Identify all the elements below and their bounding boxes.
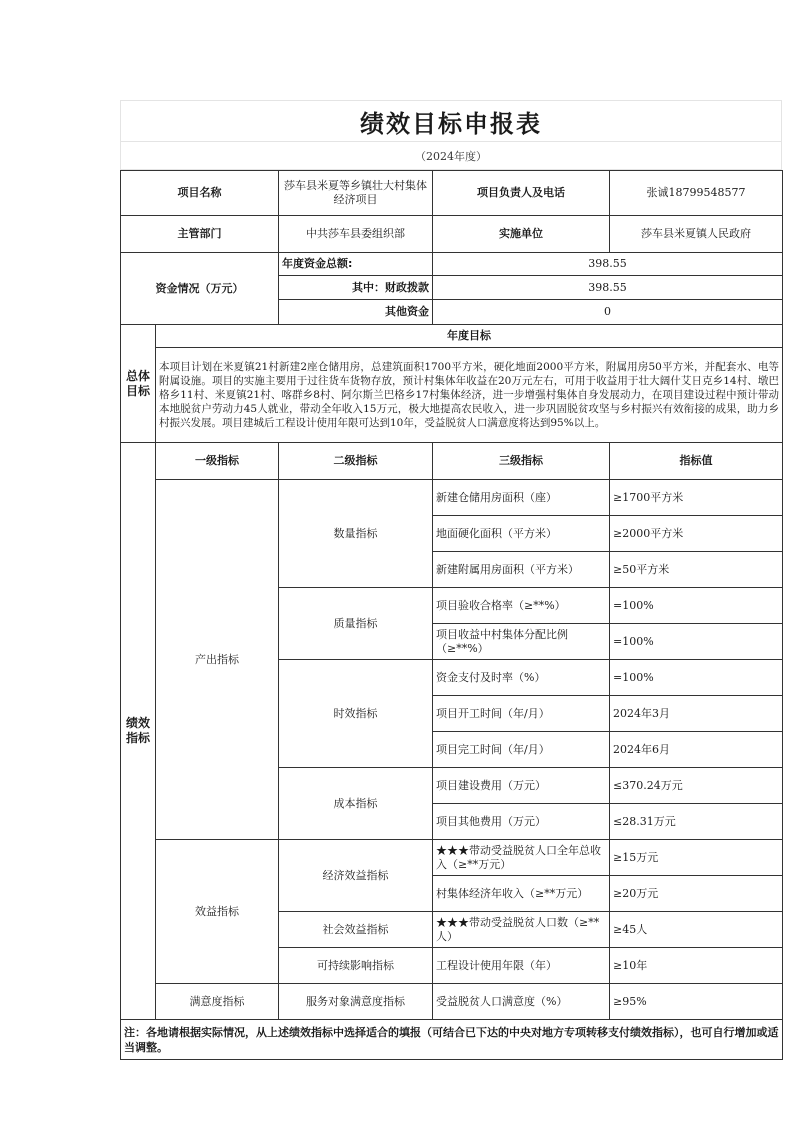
indicator-value: ≥20万元 [610,876,783,912]
impl-value: 莎车县米夏镇人民政府 [610,216,783,253]
indicator-name: 受益脱贫人口满意度（%） [433,984,610,1020]
page-title: 绩效目标申报表 [360,104,542,139]
level2-economic: 经济效益指标 [279,840,433,912]
header-value: 指标值 [610,443,783,480]
goal-text-row: 本项目计划在米夏镇21村新建2座仓储用房，总建筑面积1700平方米，硬化地面20… [121,348,783,443]
contact-label: 项目负责人及电话 [433,171,610,216]
goal-side-label: 总体目标 [121,325,156,443]
indicator-value: =100% [610,624,783,660]
indicator-value: 2024年3月 [610,696,783,732]
indicator-value: ≤370.24万元 [610,768,783,804]
indicator-value: =100% [610,660,783,696]
indicator-name: 项目建设费用（万元） [433,768,610,804]
funds-fiscal-value: 398.55 [433,276,783,300]
indicator-name: 项目开工时间（年/月） [433,696,610,732]
indicator-value: ≥45人 [610,912,783,948]
indicator-name: 工程设计使用年限（年） [433,948,610,984]
funds-row-total: 资金情况（万元） 年度资金总额: 398.55 [121,253,783,276]
indicator-value: ≥1700平方米 [610,480,783,516]
level2-timeliness: 时效指标 [279,660,433,768]
year-label: （2024年度） [415,148,487,164]
note-text: 注：各地请根据实际情况，从上述绩效指标中选择适合的填报（可结合已下达的中央对地方… [121,1020,783,1060]
funds-total-label: 年度资金总额: [279,253,433,276]
indicator-value: ≥2000平方米 [610,516,783,552]
funds-total-value: 398.55 [433,253,783,276]
level2-sustainable: 可持续影响指标 [279,948,433,984]
note-row: 注：各地请根据实际情况，从上述绩效指标中选择适合的填报（可结合已下达的中央对地方… [121,1020,783,1060]
funds-label: 资金情况（万元） [121,253,279,325]
indicator-value: =100% [610,588,783,624]
funds-other-label: 其他资金 [279,300,433,325]
indicator-name: 项目完工时间（年/月） [433,732,610,768]
indicator-name: ★★★带动受益脱贫人口全年总收入（≥**万元） [433,840,610,876]
indicator-name: 新建仓储用房面积（座） [433,480,610,516]
indicator-name: 项目验收合格率（≥**%） [433,588,610,624]
impl-label: 实施单位 [433,216,610,253]
indicator-value: ≤28.31万元 [610,804,783,840]
indicator-name: 地面硬化面积（平方米） [433,516,610,552]
contact-value: 张诚18799548577 [610,171,783,216]
level1-benefit: 效益指标 [156,840,279,984]
dept-label: 主管部门 [121,216,279,253]
level2-cost: 成本指标 [279,768,433,840]
dept-value: 中共莎车县委组织部 [279,216,433,253]
indicator-name: 资金支付及时率（%） [433,660,610,696]
indicator-value: ≥15万元 [610,840,783,876]
year-row: （2024年度） [120,141,782,170]
indicator-name: 项目其他费用（万元） [433,804,610,840]
project-name-row: 项目名称 莎车县米夏等乡镇壮大村集体经济项目 项目负责人及电话 张诚187995… [121,171,783,216]
indicator-name: 项目收益中村集体分配比例（≥**%） [433,624,610,660]
title-row: 绩效目标申报表 [120,100,782,141]
performance-form: 绩效目标申报表 （2024年度） 项目名称 莎车县米夏等乡镇壮大村集体经济项目 … [120,100,782,1060]
indicator-row: 效益指标 经济效益指标 ★★★带动受益脱贫人口全年总收入（≥**万元） ≥15万… [121,840,783,876]
indicator-value: ≥95% [610,984,783,1020]
indicator-name: ★★★带动受益脱贫人口数（≥**人） [433,912,610,948]
header-level2: 二级指标 [279,443,433,480]
indicator-name: 村集体经济年收入（≥**万元） [433,876,610,912]
level2-service-satisfaction: 服务对象满意度指标 [279,984,433,1020]
dept-row: 主管部门 中共莎车县委组织部 实施单位 莎车县米夏镇人民政府 [121,216,783,253]
indicator-row: 产出指标 数量指标 新建仓储用房面积（座） ≥1700平方米 [121,480,783,516]
funds-fiscal-label: 其中：财政拨款 [279,276,433,300]
level2-social: 社会效益指标 [279,912,433,948]
goal-text: 本项目计划在米夏镇21村新建2座仓储用房，总建筑面积1700平方米，硬化地面20… [156,348,783,443]
project-name-label: 项目名称 [121,171,279,216]
indicator-value: 2024年6月 [610,732,783,768]
level1-output: 产出指标 [156,480,279,840]
level2-quantity: 数量指标 [279,480,433,588]
form-table: 项目名称 莎车县米夏等乡镇壮大村集体经济项目 项目负责人及电话 张诚187995… [120,170,783,1060]
indicator-value: ≥10年 [610,948,783,984]
indicator-header-row: 绩效指标 一级指标 二级指标 三级指标 指标值 [121,443,783,480]
funds-other-value: 0 [433,300,783,325]
goal-header-row: 总体目标 年度目标 [121,325,783,348]
indicator-name: 新建附属用房面积（平方米） [433,552,610,588]
header-level1: 一级指标 [156,443,279,480]
project-name-value: 莎车县米夏等乡镇壮大村集体经济项目 [279,171,433,216]
header-level3: 三级指标 [433,443,610,480]
indicator-value: ≥50平方米 [610,552,783,588]
level2-quality: 质量指标 [279,588,433,660]
goal-header: 年度目标 [156,325,783,348]
indicator-side-label: 绩效指标 [121,443,156,1020]
level1-satisfaction: 满意度指标 [156,984,279,1020]
indicator-row: 满意度指标 服务对象满意度指标 受益脱贫人口满意度（%） ≥95% [121,984,783,1020]
